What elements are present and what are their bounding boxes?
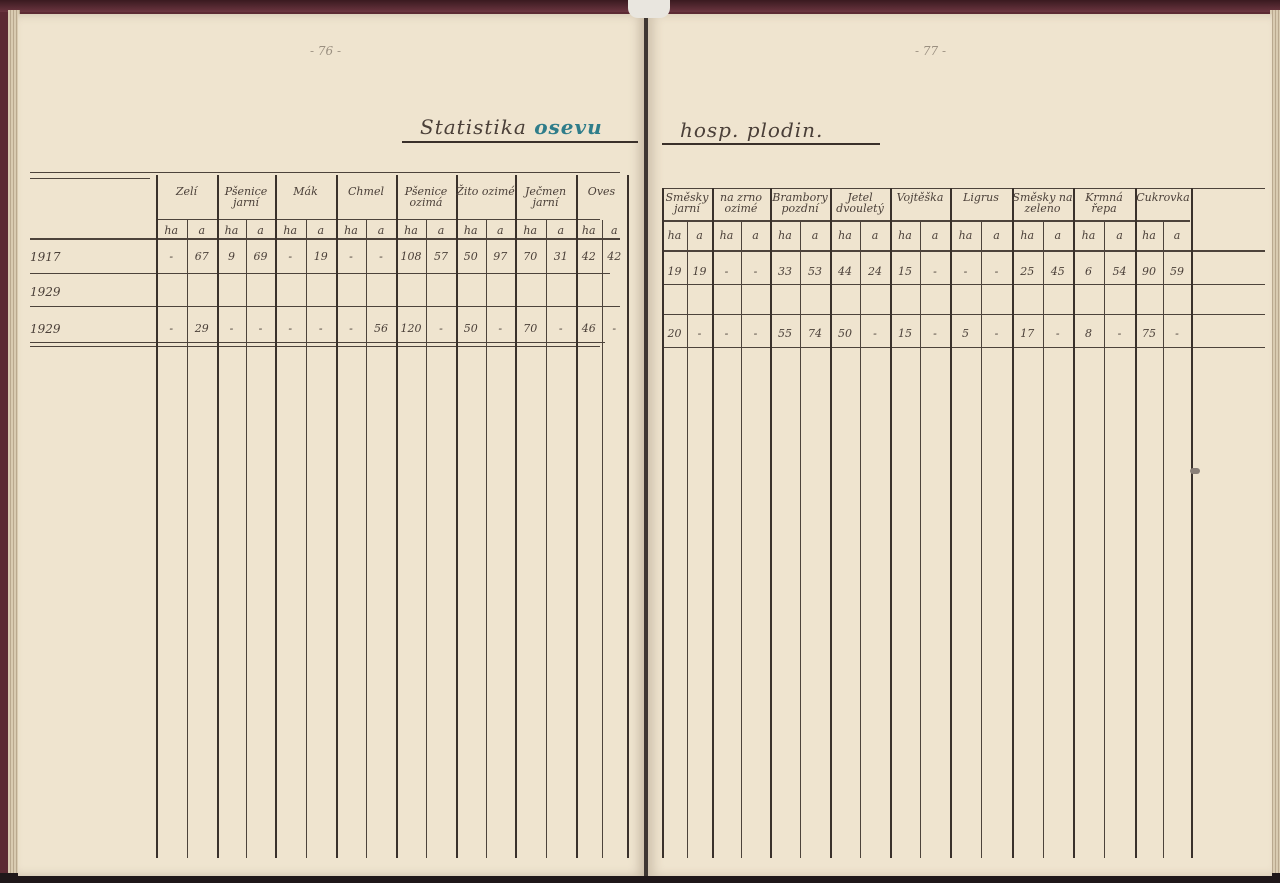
column-divider: [275, 175, 277, 858]
unit-label-a: a: [920, 229, 950, 242]
cell-a: -: [1043, 327, 1074, 340]
cell-a: 69: [246, 250, 275, 263]
title-underline-right: [662, 143, 880, 145]
cell-ha: 8: [1073, 327, 1104, 340]
subcolumn-divider: [366, 220, 367, 858]
unit-label-a: a: [860, 229, 890, 242]
ledger-row-line: [662, 188, 1265, 189]
cell-ha: 75: [1135, 327, 1163, 340]
subcolumn-divider: [981, 222, 982, 858]
cell-a: -: [981, 265, 1012, 278]
cell-a: 59: [1163, 265, 1191, 278]
bookmark-ribbon: [628, 0, 670, 18]
subcolumn-divider: [741, 222, 742, 858]
book-gutter: [644, 14, 648, 876]
column-header: Pšenice ozimá: [396, 186, 456, 208]
ledger-row-line: [30, 178, 150, 179]
column-divider: [890, 188, 892, 858]
cell-ha: 50: [830, 327, 860, 340]
cell-a: 67: [187, 250, 218, 263]
cell-ha: 90: [1135, 265, 1163, 278]
cell-ha: 70: [515, 250, 546, 263]
unit-label-ha: ha: [712, 229, 741, 242]
column-header: na zrno ozimé: [712, 192, 770, 214]
column-divider: [830, 188, 832, 858]
column-header: Pšenice jarní: [217, 186, 275, 208]
cell-a: 42: [602, 250, 628, 263]
column-divider: [396, 175, 398, 858]
column-header: Směsky jarní: [662, 192, 712, 214]
subcolumn-divider: [187, 220, 188, 858]
unit-label-ha: ha: [275, 224, 306, 237]
cell-ha: 20: [662, 327, 687, 340]
cell-a: -: [486, 322, 516, 335]
cell-ha: 25: [1012, 265, 1043, 278]
unit-label-ha: ha: [770, 229, 800, 242]
unit-label-a: a: [1104, 229, 1135, 242]
cell-ha: 46: [576, 322, 602, 335]
cell-a: 57: [426, 250, 456, 263]
ledger-row-line: [156, 219, 600, 220]
row-year: 1917: [30, 250, 61, 264]
unit-label-ha: ha: [456, 224, 486, 237]
unit-label-a: a: [1163, 229, 1191, 242]
page-title-right: hosp. plodin.: [680, 118, 823, 142]
ledger-row-line: [30, 273, 610, 274]
unit-label-ha: ha: [830, 229, 860, 242]
right-page-number: - 77 -: [915, 44, 946, 58]
cell-a: 54: [1104, 265, 1135, 278]
cell-a: 19: [306, 250, 337, 263]
cell-a: -: [426, 322, 456, 335]
cell-a: 45: [1043, 265, 1074, 278]
unit-label-ha: ha: [156, 224, 187, 237]
cell-ha: -: [275, 250, 306, 263]
unit-label-a: a: [981, 229, 1012, 242]
cell-ha: -: [156, 322, 187, 335]
column-header: Krmná řepa: [1073, 192, 1135, 214]
cell-ha: 15: [890, 327, 920, 340]
left-page-number: - 76 -: [310, 44, 341, 58]
page-title-left: Statistika osevu: [420, 115, 603, 139]
cell-ha: 9: [217, 250, 246, 263]
cell-a: -: [920, 327, 950, 340]
column-divider: [950, 188, 952, 858]
unit-label-ha: ha: [1073, 229, 1104, 242]
title-insert-text: osevu: [534, 115, 603, 139]
subcolumn-divider: [426, 220, 427, 858]
unit-label-ha: ha: [515, 224, 546, 237]
unit-label-a: a: [306, 224, 337, 237]
unit-label-ha: ha: [1012, 229, 1043, 242]
cell-a: -: [920, 265, 950, 278]
subcolumn-divider: [246, 220, 247, 858]
unit-label-ha: ha: [890, 229, 920, 242]
cell-ha: 15: [890, 265, 920, 278]
column-divider: [770, 188, 772, 858]
cell-a: 53: [800, 265, 830, 278]
title-underline-left: [402, 141, 638, 143]
unit-label-ha: ha: [396, 224, 426, 237]
cell-ha: -: [712, 265, 741, 278]
column-divider: [336, 175, 338, 858]
column-divider: [627, 175, 629, 858]
subcolumn-divider: [687, 222, 688, 858]
cell-ha: 50: [456, 250, 486, 263]
column-divider: [217, 175, 219, 858]
column-header: Vojtěška: [890, 192, 950, 203]
ledger-row-line: [30, 306, 620, 307]
column-header: Zelí: [156, 186, 217, 197]
cell-a: -: [1104, 327, 1135, 340]
column-header: Mák: [275, 186, 336, 197]
cell-ha: 50: [456, 322, 486, 335]
unit-label-a: a: [741, 229, 770, 242]
column-header: Brambory pozdní: [770, 192, 830, 214]
unit-label-ha: ha: [336, 224, 366, 237]
subcolumn-divider: [1104, 222, 1105, 858]
cell-a: 19: [687, 265, 712, 278]
cell-ha: 19: [662, 265, 687, 278]
column-divider: [156, 175, 158, 858]
column-divider: [1191, 188, 1193, 858]
ledger-row-line: [30, 342, 605, 343]
cell-a: -: [306, 322, 337, 335]
unit-label-a: a: [187, 224, 218, 237]
subcolumn-divider: [1163, 222, 1164, 858]
column-divider: [1073, 188, 1075, 858]
ink-smudge: [1190, 468, 1200, 474]
unit-label-ha: ha: [662, 229, 687, 242]
unit-label-a: a: [246, 224, 275, 237]
cell-ha: -: [156, 250, 187, 263]
column-header: Chmel: [336, 186, 396, 197]
cell-a: 74: [800, 327, 830, 340]
cell-a: -: [246, 322, 275, 335]
subcolumn-divider: [1043, 222, 1044, 858]
column-header: Ječmen jarní: [515, 186, 576, 208]
ledger-row-line: [30, 238, 620, 240]
column-header: Jetel dvouletý: [830, 192, 890, 214]
unit-label-a: a: [366, 224, 396, 237]
ledger-row-line: [30, 172, 620, 173]
column-header: Cukrovka: [1135, 192, 1191, 203]
cell-a: 97: [486, 250, 516, 263]
cell-a: -: [741, 265, 770, 278]
column-header: Oves: [576, 186, 627, 197]
subcolumn-divider: [306, 220, 307, 858]
column-divider: [712, 188, 714, 858]
unit-label-a: a: [687, 229, 712, 242]
ledger-row-line: [662, 250, 1265, 252]
column-divider: [456, 175, 458, 858]
column-divider: [576, 175, 578, 858]
ledger-row-line: [662, 347, 1265, 348]
cell-ha: 120: [396, 322, 426, 335]
row-year: 1929: [30, 285, 61, 299]
title-text: Statistika: [420, 115, 527, 139]
ledger-row-line: [662, 314, 1265, 315]
cell-a: 24: [860, 265, 890, 278]
cell-a: -: [981, 327, 1012, 340]
unit-label-ha: ha: [1135, 229, 1163, 242]
unit-label-ha: ha: [217, 224, 246, 237]
cell-ha: 5: [950, 327, 981, 340]
cell-a: 29: [187, 322, 218, 335]
cell-a: -: [366, 250, 396, 263]
cell-ha: -: [712, 327, 741, 340]
subcolumn-divider: [546, 220, 547, 858]
cell-ha: -: [275, 322, 306, 335]
cell-ha: 6: [1073, 265, 1104, 278]
cell-ha: -: [217, 322, 246, 335]
unit-label-ha: ha: [950, 229, 981, 242]
cell-a: -: [1163, 327, 1191, 340]
unit-label-a: a: [426, 224, 456, 237]
cell-ha: 42: [576, 250, 602, 263]
cell-ha: 44: [830, 265, 860, 278]
cell-a: -: [602, 322, 628, 335]
left-page: [18, 14, 645, 876]
ledger-row-line: [662, 284, 1265, 285]
column-divider: [662, 188, 664, 858]
cell-ha: 33: [770, 265, 800, 278]
cell-a: -: [741, 327, 770, 340]
unit-label-a: a: [546, 224, 577, 237]
subcolumn-divider: [920, 222, 921, 858]
cell-a: 56: [366, 322, 396, 335]
unit-label-a: a: [800, 229, 830, 242]
cell-ha: -: [336, 322, 366, 335]
column-divider: [1135, 188, 1137, 858]
column-divider: [1012, 188, 1014, 858]
cell-ha: 55: [770, 327, 800, 340]
unit-label-ha: ha: [576, 224, 602, 237]
cell-a: -: [687, 327, 712, 340]
cell-ha: -: [336, 250, 366, 263]
column-header: Žito ozimé: [456, 186, 515, 197]
cell-ha: 108: [396, 250, 426, 263]
cell-ha: -: [950, 265, 981, 278]
column-divider: [515, 175, 517, 858]
cell-ha: 17: [1012, 327, 1043, 340]
cell-a: 31: [546, 250, 577, 263]
column-header: Ligrus: [950, 192, 1012, 203]
subcolumn-divider: [602, 220, 603, 858]
cell-a: -: [546, 322, 577, 335]
subcolumn-divider: [486, 220, 487, 858]
subcolumn-divider: [800, 222, 801, 858]
unit-label-a: a: [1043, 229, 1074, 242]
column-header: Směsky na zeleno: [1012, 192, 1073, 214]
row-year: 1929: [30, 322, 61, 336]
unit-label-a: a: [602, 224, 628, 237]
unit-label-a: a: [486, 224, 516, 237]
cell-a: -: [860, 327, 890, 340]
cell-ha: 70: [515, 322, 546, 335]
subcolumn-divider: [860, 222, 861, 858]
